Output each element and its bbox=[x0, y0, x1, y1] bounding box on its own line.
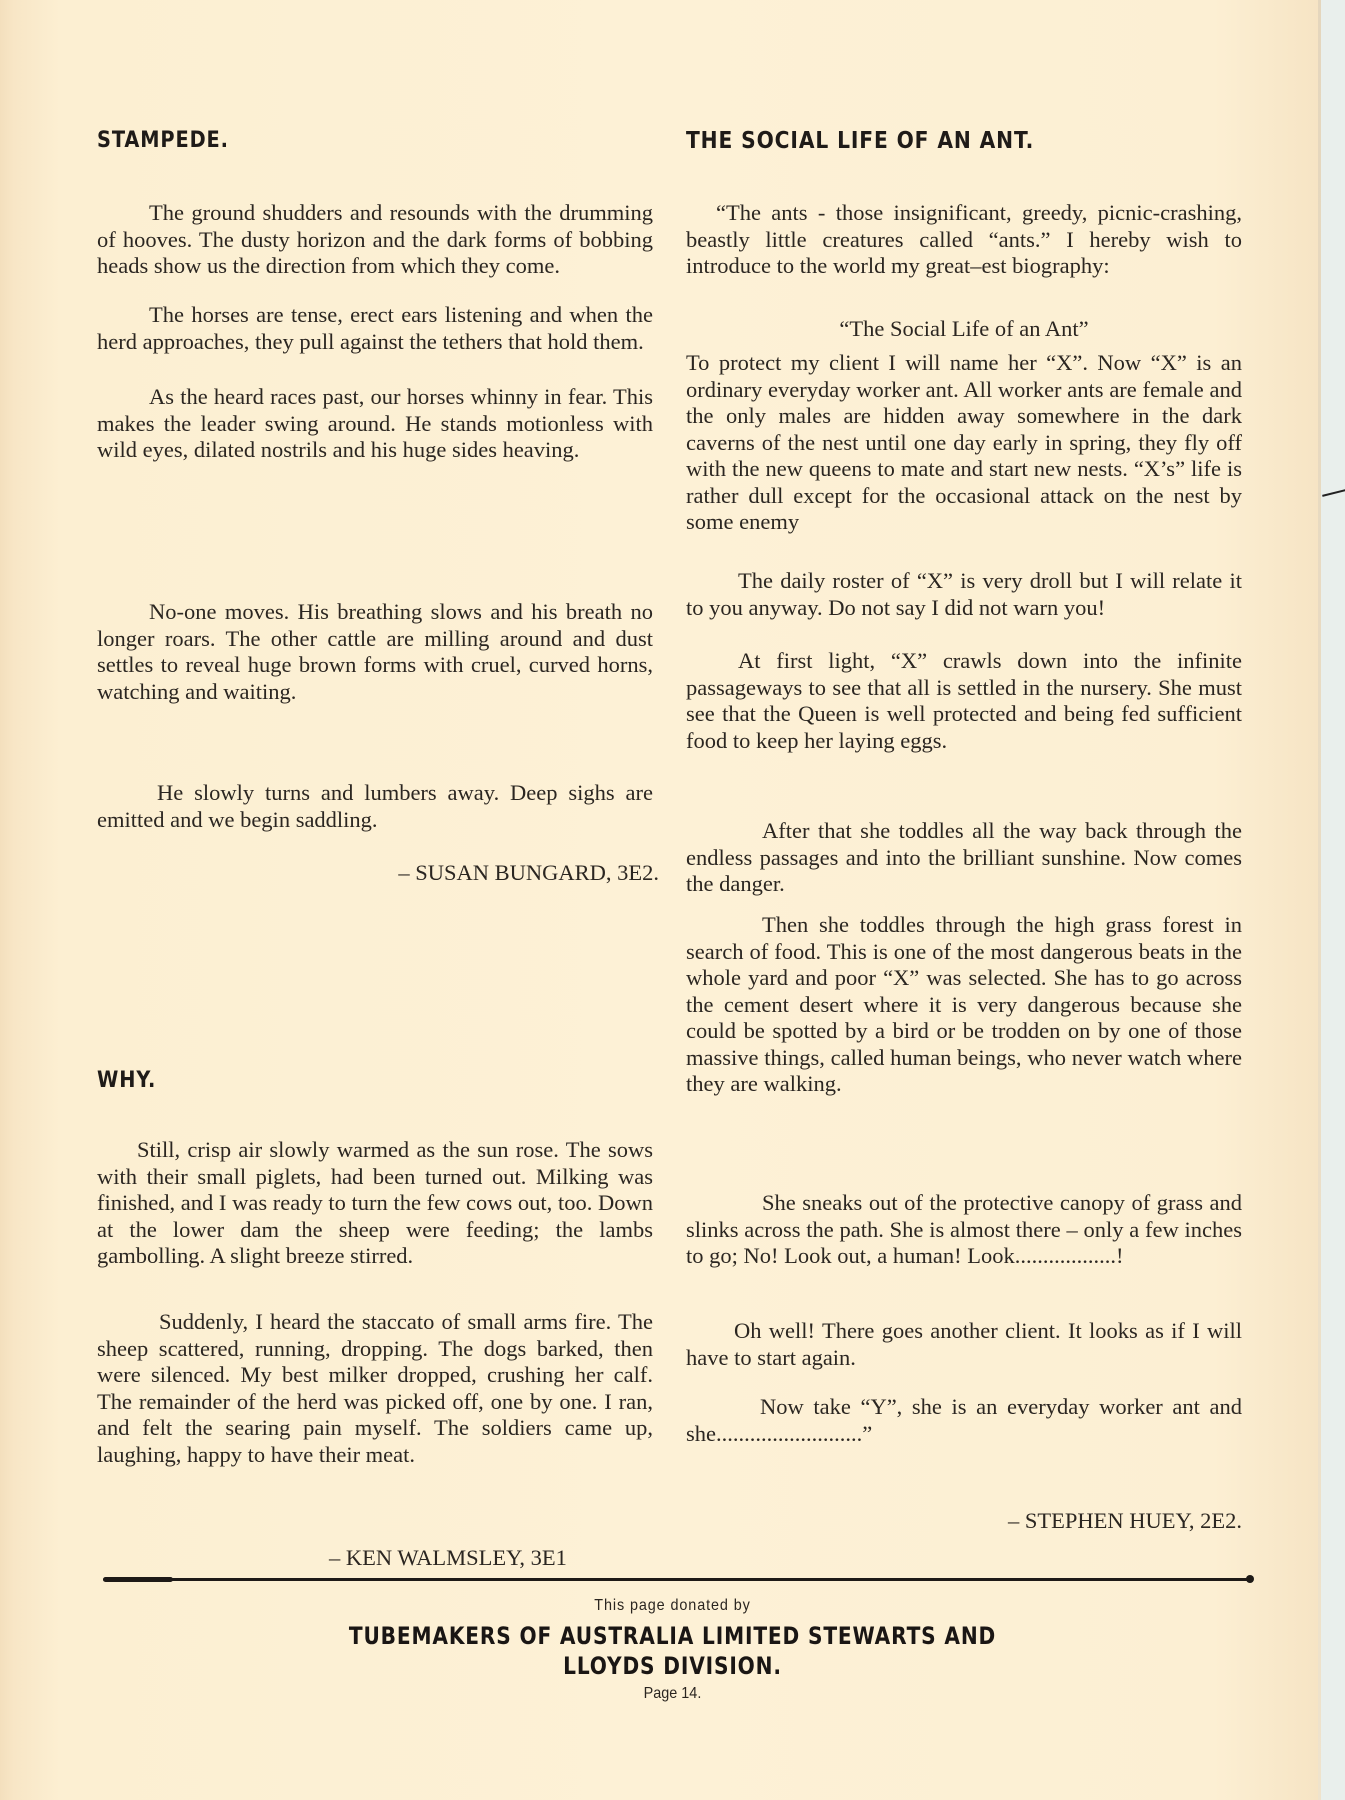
stampede-byline: – SUSAN BUNGARD, 3E2. bbox=[97, 860, 659, 886]
scan-mark bbox=[1322, 489, 1345, 497]
stampede-paragraph: No-one moves. His breathing slows and hi… bbox=[97, 599, 653, 705]
sponsor-name-line1: TUBEMAKERS OF AUSTRALIA LIMITED STEWARTS… bbox=[108, 1622, 1238, 1650]
ant-intro: “The ants - those insignificant, greedy,… bbox=[686, 200, 1242, 280]
ant-paragraph: Oh well! There goes another client. It l… bbox=[686, 1318, 1242, 1371]
stampede-title: STAMPEDE. bbox=[97, 128, 586, 153]
ant-paragraph: After that she toddles all the way back … bbox=[686, 818, 1242, 898]
why-paragraph: Suddenly, I heard the staccato of small … bbox=[97, 1309, 653, 1468]
ant-byline: – STEPHEN HUEY, 2E2. bbox=[686, 1508, 1242, 1534]
ant-paragraph: To protect my client I will name her “X”… bbox=[686, 350, 1242, 536]
left-column: STAMPEDE. The ground shudders and resoun… bbox=[97, 128, 653, 153]
ant-title: THE SOCIAL LIFE OF AN ANT. bbox=[686, 128, 1181, 154]
ant-paragraph: She sneaks out of the protective canopy … bbox=[686, 1190, 1242, 1270]
why-title: WHY. bbox=[97, 1068, 156, 1093]
donated-by-label: This page donated by bbox=[67, 1597, 1278, 1615]
stampede-paragraph: As the heard races past, our horses whin… bbox=[97, 384, 653, 464]
ant-paragraph: At first light, “X” crawls down into the… bbox=[686, 648, 1242, 754]
sponsor-name-line2: LLOYDS DIVISION. bbox=[108, 1652, 1238, 1680]
ant-subtitle: “The Social Life of an Ant” bbox=[686, 316, 1242, 343]
stampede-paragraph: He slowly turns and lumbers away. Deep s… bbox=[97, 780, 653, 833]
document-page: STAMPEDE. The ground shudders and resoun… bbox=[0, 0, 1320, 1800]
stampede-paragraph: The horses are tense, erect ears listeni… bbox=[97, 302, 653, 355]
why-byline: – KEN WALMSLEY, 3E1 bbox=[329, 1545, 567, 1571]
right-column: THE SOCIAL LIFE OF AN ANT. “The ants - t… bbox=[686, 128, 1248, 154]
stampede-paragraph: The ground shudders and resounds with th… bbox=[97, 200, 653, 280]
footer-divider bbox=[103, 1578, 1251, 1581]
ant-paragraph: Now take “Y”, she is an everyday worker … bbox=[686, 1394, 1242, 1447]
why-paragraph: Still, crisp air slowly warmed as the su… bbox=[97, 1137, 653, 1270]
page-number: Page 14. bbox=[67, 1685, 1278, 1703]
ant-paragraph: Then she toddles through the high grass … bbox=[686, 912, 1242, 1098]
ant-paragraph: The daily roster of “X” is very droll bu… bbox=[686, 568, 1242, 621]
